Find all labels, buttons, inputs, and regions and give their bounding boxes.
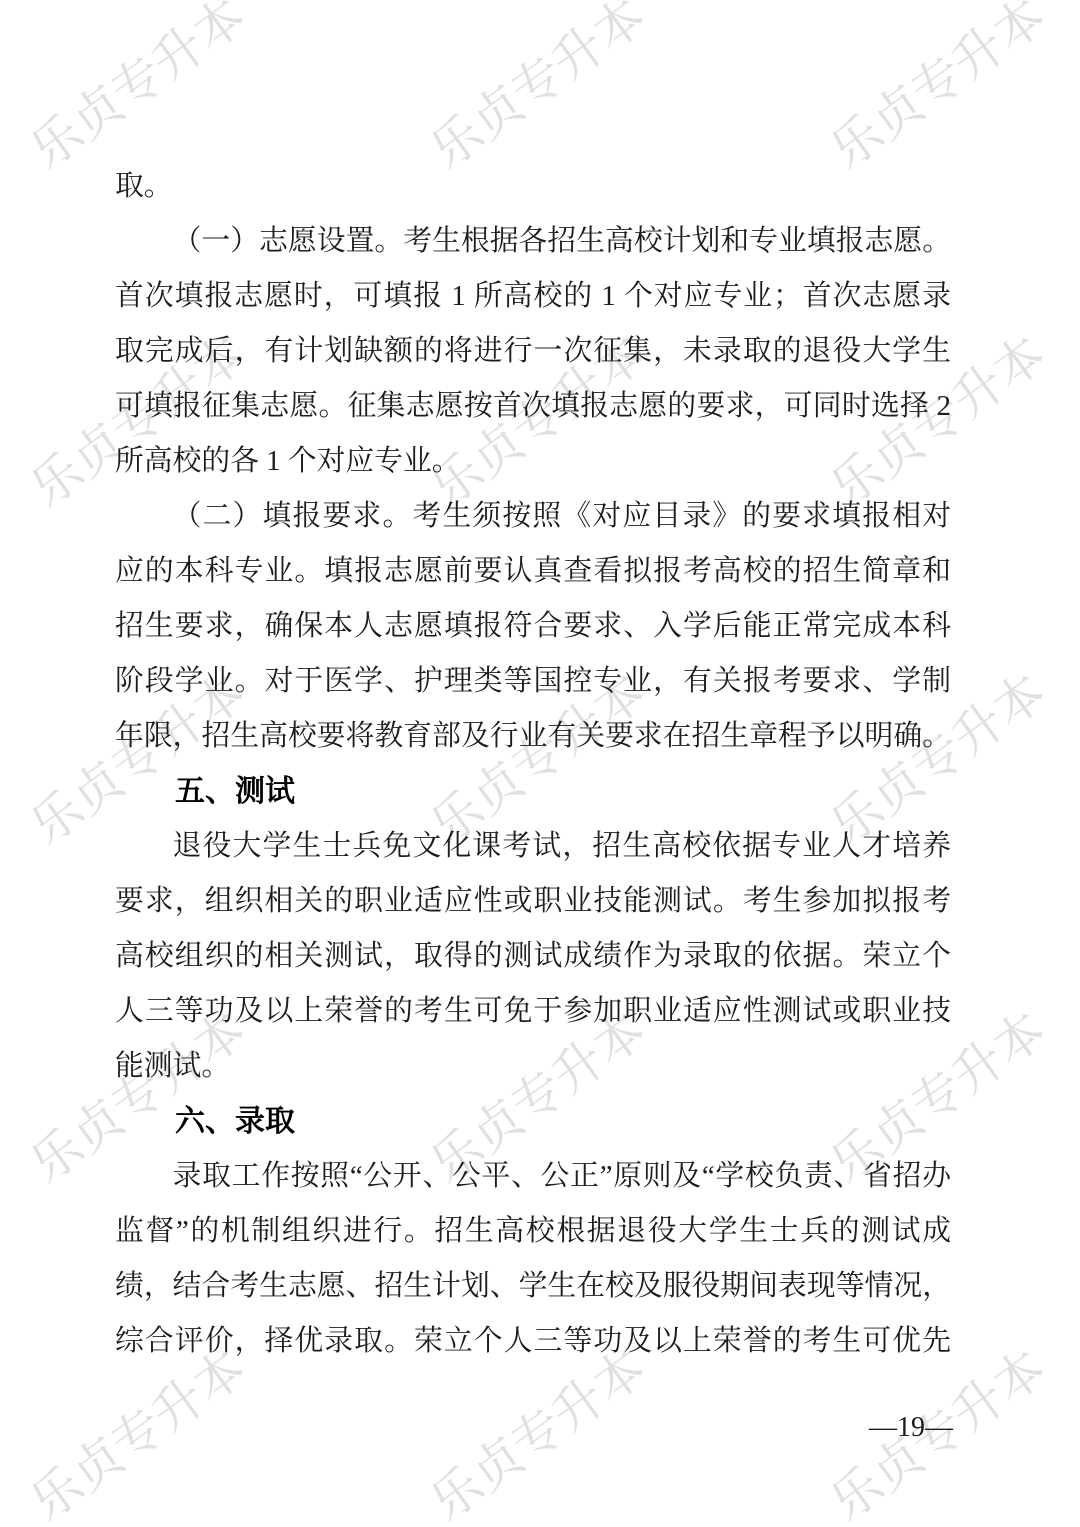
text-line: 应的本科专业。填报志愿前要认真查看拟报考高校的招生简章和 <box>115 544 951 599</box>
text-line: 人三等功及以上荣誉的考生可免于参加职业适应性测试或职业技 <box>115 984 951 1039</box>
text-line: 取完成后，有计划缺额的将进行一次征集，未录取的退役大学生 <box>115 324 951 379</box>
text-line: 综合评价，择优录取。荣立个人三等功及以上荣誉的考生可优先 <box>115 1314 951 1369</box>
watermark: 乐贞专升本 <box>422 0 654 177</box>
text-line: 能测试。 <box>115 1039 951 1094</box>
document-body: 取。（一）志愿设置。考生根据各招生高校计划和专业填报志愿。首次填报志愿时，可填报… <box>115 159 951 1369</box>
text-line: （一）志愿设置。考生根据各招生高校计划和专业填报志愿。 <box>115 214 951 269</box>
watermark: 乐贞专升本 <box>422 1342 654 1527</box>
text-line: 首次填报志愿时，可填报 1 所高校的 1 个对应专业；首次志愿录 <box>115 269 951 324</box>
text-line: 取。 <box>115 159 951 214</box>
text-line: 可填报征集志愿。征集志愿按首次填报志愿的要求，可同时选择 2 <box>115 379 951 434</box>
text-line: （二）填报要求。考生须按照《对应目录》的要求填报相对 <box>115 489 951 544</box>
text-line: 招生要求，确保本人志愿填报符合要求、入学后能正常完成本科 <box>115 599 951 654</box>
text-line: 高校组织的相关测试，取得的测试成绩作为录取的依据。荣立个 <box>115 929 951 984</box>
watermark: 乐贞专升本 <box>22 1342 254 1527</box>
text-line: 阶段学业。对于医学、护理类等国控专业，有关报考要求、学制 <box>115 654 951 709</box>
document-page: 乐贞专升本乐贞专升本乐贞专升本乐贞专升本乐贞专升本乐贞专升本乐贞专升本乐贞专升本… <box>0 0 1080 1527</box>
text-line: 录取工作按照“公开、公平、公正”原则及“学校负责、省招办 <box>115 1149 951 1204</box>
watermark: 乐贞专升本 <box>822 0 1054 177</box>
section-heading: 六、录取 <box>115 1094 951 1149</box>
section-heading: 五、测试 <box>115 764 951 819</box>
text-line: 所高校的各 1 个对应专业。 <box>115 434 951 489</box>
watermark: 乐贞专升本 <box>22 0 254 177</box>
text-line: 绩，结合考生志愿、招生计划、学生在校及服役期间表现等情况， <box>115 1259 951 1314</box>
text-line: 监督”的机制组织进行。招生高校根据退役大学生士兵的测试成 <box>115 1204 951 1259</box>
page-number: —19— <box>869 1412 953 1444</box>
text-line: 要求，组织相关的职业适应性或职业技能测试。考生参加拟报考 <box>115 874 951 929</box>
text-line: 退役大学生士兵免文化课考试，招生高校依据专业人才培养 <box>115 819 951 874</box>
text-line: 年限，招生高校要将教育部及行业有关要求在招生章程予以明确。 <box>115 709 951 764</box>
